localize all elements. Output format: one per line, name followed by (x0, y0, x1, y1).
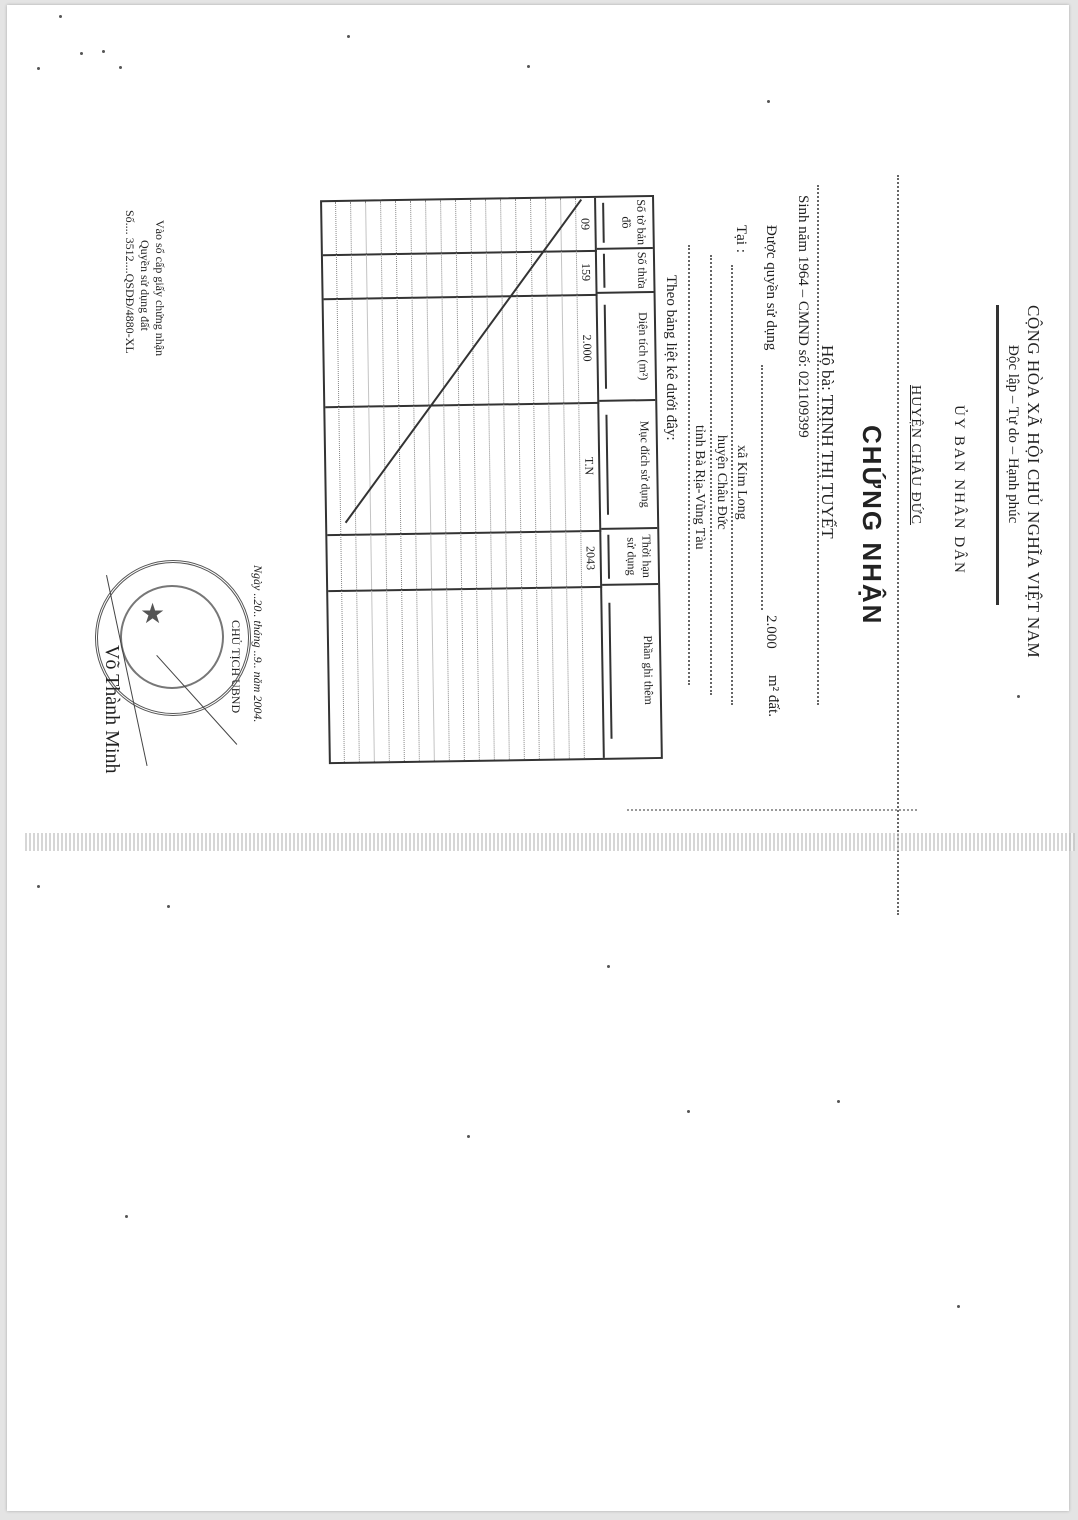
dotted-rule (817, 185, 819, 705)
col-header-area: Diện tích (m²) (598, 293, 656, 402)
col-divider (328, 586, 602, 592)
land-area-unit: m² đất. (764, 675, 781, 717)
dotted-rule (731, 265, 733, 705)
col-header-map-sheet: Số tờ bản đồ (596, 197, 653, 250)
certificate-title: CHỨNG NHẬN (856, 425, 887, 625)
parcel-table: Số tờ bản đồ Số thửa Diện tích (m²) Mục … (320, 195, 663, 764)
col-divider (324, 294, 598, 300)
crease-mark (627, 809, 917, 811)
location-province: tỉnh Bà Rịa-Vũng Tàu (691, 425, 707, 550)
col-header-term: Thời hạn sử dụng (601, 529, 658, 586)
nation-heading: CỘNG HÒA XÃ HỘI CHỦ NGHĨA VIỆT NAM (1023, 305, 1043, 658)
district-heading: HUYỆN CHÂU ĐỨC (907, 385, 923, 525)
location-commune: xã Kim Long (733, 445, 749, 520)
col-header-purpose: Mục đích sử dụng (599, 401, 657, 530)
col-divider (325, 402, 599, 408)
birth-and-id: Sinh năm 1964 – CMND số: 021109399 (794, 195, 811, 438)
register-line-2: Quyền sử dụng đất (137, 210, 152, 450)
land-area-value: 2.000 (762, 615, 779, 649)
location-district: huyện Châu Đức (713, 435, 729, 530)
holder-name: Hộ bà: TRỊNH THỊ TUYẾT (817, 345, 837, 539)
register-line-3: Số.... 3512....QSDĐ/4880-XL (122, 210, 137, 450)
col-divider (327, 530, 601, 536)
register-block: Vào sổ cấp giấy chứng nhận Quyền sử dụng… (107, 210, 167, 450)
cell-map-sheet: 09 (577, 198, 593, 250)
scanned-page: CỘNG HÒA XÃ HỘI CHỦ NGHĨA VIỆT NAM Độc l… (7, 5, 1069, 1511)
page-fold (25, 833, 1075, 851)
col-header-notes: Phần ghi thêm (602, 585, 661, 756)
col-header-parcel: Số thửa (597, 249, 654, 294)
cell-purpose: T.N (580, 402, 597, 530)
motto: Độc lập – Tự do – Hạnh phúc (1004, 345, 1021, 523)
cell-term: 2043 (582, 530, 598, 586)
dotted-rule (897, 175, 899, 915)
land-use-label: Được quyền sử dụng (762, 225, 779, 350)
dotted-rule (710, 255, 712, 695)
location-label: Tại : (732, 225, 749, 253)
authority-heading: ỦY BAN NHÂN DÂN (950, 405, 967, 575)
motto-underline (996, 305, 999, 605)
dotted-rule (688, 245, 690, 685)
star-icon: ★ (140, 597, 165, 631)
register-line-1: Vào sổ cấp giấy chứng nhận (152, 210, 167, 450)
cell-area: 2.000 (579, 294, 596, 402)
signer-name: Võ Thành Minh (93, 645, 123, 805)
col-divider (323, 250, 597, 256)
dotted-rule (761, 365, 763, 610)
table-intro: Theo bảng liệt kê dưới đây: (662, 275, 679, 441)
cell-parcel: 159 (578, 250, 594, 294)
